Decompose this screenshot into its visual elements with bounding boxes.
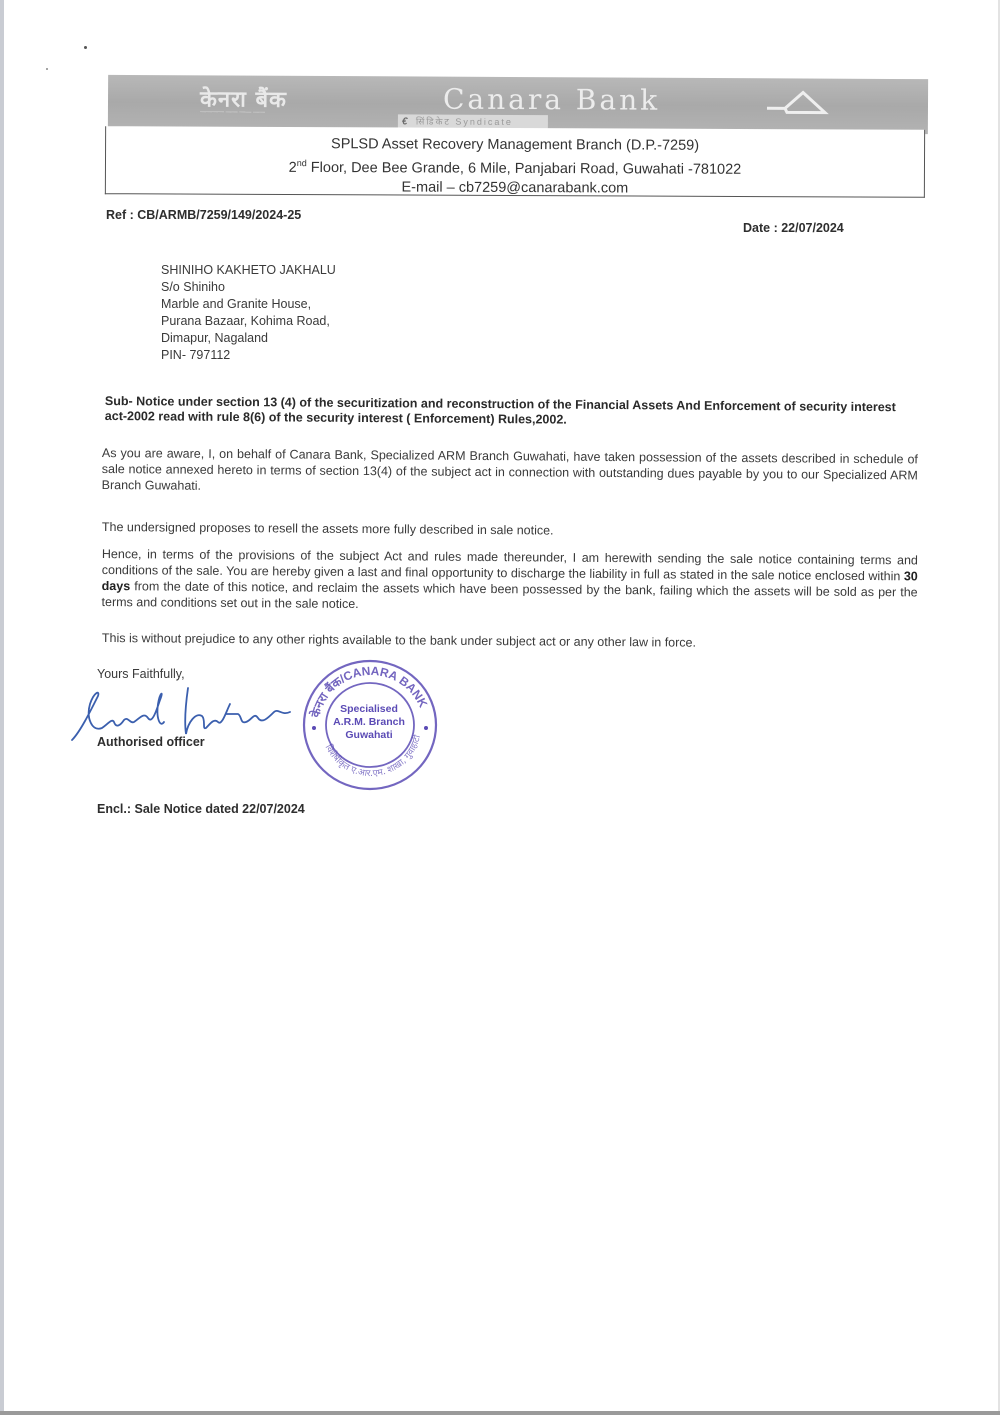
scan-speck xyxy=(46,68,48,70)
body-paragraph: The undersigned proposes to resell the a… xyxy=(102,519,918,541)
page-edge xyxy=(0,1411,1000,1415)
body-paragraph: As you are aware, I, on behalf of Canara… xyxy=(102,445,918,499)
page-edge xyxy=(0,0,4,1415)
subject-line: Sub- Notice under section 13 (4) of the … xyxy=(105,394,920,430)
canara-logo-icon xyxy=(763,90,833,116)
branch-address: 2nd Floor, Dee Bee Grande, 6 Mile, Panja… xyxy=(106,153,924,180)
branch-address-box: SPLSD Asset Recovery Management Branch (… xyxy=(105,126,925,198)
addressee-block: SHINIHO KAKHETO JAKHALU S/o Shiniho Marb… xyxy=(161,262,336,364)
official-stamp: केनरा बैंक/CANARA BANK विशेषीकृत ए.आर.एम… xyxy=(300,658,440,793)
bank-tagline: ———— —— —— —— xyxy=(200,109,265,115)
letterhead-banner: केनरा बैंक ———— —— —— —— Canara Bank € स… xyxy=(108,75,928,134)
addressee-line: S/o Shiniho xyxy=(161,279,336,296)
addressee-line: Dimapur, Nagaland xyxy=(161,330,336,347)
scan-speck xyxy=(84,46,87,49)
body-paragraph: This is without prejudice to any other r… xyxy=(102,630,918,652)
letter-date: Date : 22/07/2024 xyxy=(743,221,844,235)
addressee-line: Marble and Granite House, xyxy=(161,296,336,313)
signatory-title: Authorised officer xyxy=(97,735,205,749)
closing-salutation: Yours Faithfully, xyxy=(97,667,185,681)
stamp-text: Specialised A.R.M. Branch Guwahati xyxy=(327,703,411,742)
body-paragraph: Hence, in terms of the provisions of the… xyxy=(101,546,917,616)
addressee-pin: PIN- 797112 xyxy=(161,347,336,364)
addressee-name: SHINIHO KAKHETO JAKHALU xyxy=(161,262,336,279)
enclosure-note: Encl.: Sale Notice dated 22/07/2024 xyxy=(97,802,305,816)
branch-email: E-mail – cb7259@canarabank.com xyxy=(106,177,924,200)
addressee-line: Purana Bazaar, Kohima Road, xyxy=(161,313,336,330)
reference-number: Ref : CB/ARMB/7259/149/2024-25 xyxy=(106,208,301,222)
bank-name: Canara Bank xyxy=(443,83,660,117)
